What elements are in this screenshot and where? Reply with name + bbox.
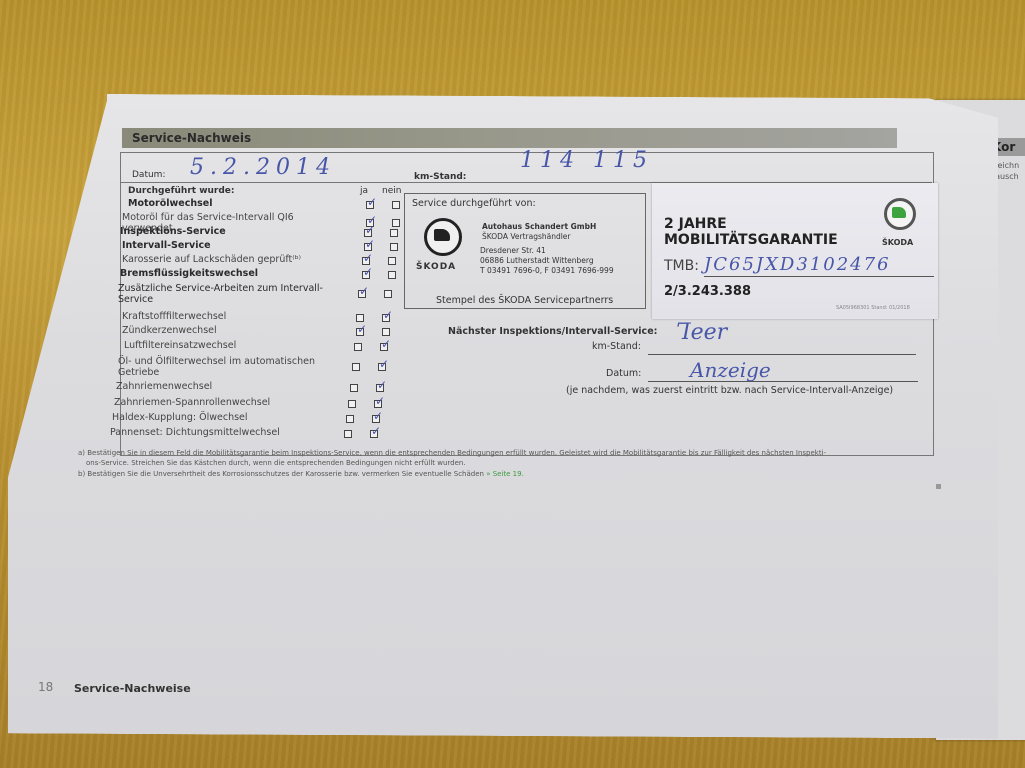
- handwritten-check-icon: ✓: [365, 239, 375, 249]
- handwritten-check-icon: ✓: [371, 426, 381, 436]
- checklist-item-label: Zündkerzenwechsel: [122, 325, 217, 336]
- sticker-code: SA05I968301 Stand: 01/2018: [836, 305, 910, 311]
- checkbox-nein[interactable]: [392, 219, 400, 227]
- checklist-item-label: Inspektions-Service: [120, 226, 226, 237]
- dealer-city: 06886 Lutherstadt Wittenberg: [480, 256, 594, 265]
- next-datum-value[interactable]: Anzeige: [690, 358, 771, 382]
- tmb-value[interactable]: JC65JXD3102476: [704, 254, 891, 275]
- datum-label: Datum:: [132, 170, 165, 180]
- handwritten-check-icon: ✓: [375, 396, 385, 406]
- handwritten-check-icon: ✓: [381, 339, 391, 349]
- skoda-logo-icon: [424, 218, 462, 256]
- section-title: Service-Nachweis: [132, 131, 251, 145]
- handwritten-check-icon: ✓: [359, 286, 369, 296]
- handwritten-check-icon: ✓: [363, 267, 373, 277]
- checklist-item-label: Karosserie auf Lackschäden geprüft⁽ᵇ⁾: [122, 254, 301, 265]
- col-no-header: nein: [382, 186, 401, 196]
- handwritten-check-icon: ✓: [365, 225, 375, 235]
- handwritten-check-icon: ✓: [357, 324, 367, 334]
- end-marker: [936, 484, 941, 489]
- next-service-note: (je nachdem, was zuerst eintritt bzw. na…: [566, 385, 893, 396]
- next-km-label: km-Stand:: [592, 341, 641, 352]
- checkbox-nein[interactable]: [384, 290, 392, 298]
- skoda-green-logo-icon: [884, 198, 916, 230]
- checklist-item-label: Intervall-Service: [122, 240, 211, 251]
- dealer-name: Autohaus Schandert GmbH: [482, 222, 596, 231]
- page-19-link[interactable]: » Seite 19.: [486, 470, 524, 478]
- km-label: km-Stand:: [414, 172, 466, 182]
- checkbox-ja[interactable]: [354, 343, 362, 351]
- checkbox-nein[interactable]: [392, 201, 400, 209]
- next-service-title: Nächster Inspektions/Intervall-Service:: [448, 326, 657, 337]
- checkbox-ja[interactable]: [350, 384, 358, 392]
- checkbox-ja[interactable]: [348, 400, 356, 408]
- checkbox-nein[interactable]: [388, 271, 396, 279]
- next-km-value[interactable]: Ꞁeer: [676, 320, 727, 345]
- footnote-a-line2: ons-Service. Streichen Sie das Kästchen …: [86, 459, 466, 467]
- sticker-title-line2: MOBILITÄTSGARANTIE: [664, 232, 838, 248]
- handwritten-check-icon: ✓: [377, 380, 387, 390]
- checkbox-ja[interactable]: [356, 314, 364, 322]
- checklist-item-label: Haldex-Kupplung: Ölwechsel: [112, 412, 248, 423]
- page-footer-title: Service-Nachweise: [74, 682, 191, 695]
- checkbox-nein[interactable]: [390, 229, 398, 237]
- performed-label: Durchgeführt wurde:: [128, 186, 235, 196]
- checklist-item-label: Zusätzliche Service-Arbeiten zum Interva…: [118, 283, 333, 305]
- km-value[interactable]: 114 115: [520, 148, 653, 173]
- checklist-item-label: Zahnriemenwechsel: [116, 381, 212, 392]
- sticker-title-line1: 2 JAHRE: [664, 216, 727, 232]
- sticker-brand: ŠKODA: [882, 238, 913, 247]
- handwritten-check-icon: ✓: [383, 310, 393, 320]
- checklist-item-label: Bremsflüssigkeitswechsel: [120, 268, 258, 279]
- checklist-item-label: Luftfiltereinsatzwechsel: [124, 340, 236, 351]
- tmb-underline: [704, 276, 934, 277]
- sticker-number: 2/3.243.388: [664, 284, 751, 299]
- checkbox-ja[interactable]: [344, 430, 352, 438]
- checklist-item-label: Pannenset: Dichtungsmittelwechsel: [110, 427, 280, 438]
- checkbox-ja[interactable]: [346, 415, 354, 423]
- checkbox-nein[interactable]: [388, 257, 396, 265]
- checklist-item-label: Kraftstofffilterwechsel: [122, 311, 226, 322]
- dealer-type: ŠKODA Vertragshändler: [482, 232, 571, 241]
- dealer-street: Dresdener Str. 41: [480, 246, 546, 255]
- tmb-label: TMB:: [664, 258, 699, 274]
- datum-value[interactable]: 5.2.2014: [190, 155, 336, 180]
- footnote-b: b) Bestätigen Sie die Unversehrtheit des…: [78, 470, 524, 478]
- handwritten-check-icon: ✓: [379, 359, 389, 369]
- stamp-footer: Stempel des ŠKODA Servicepartnerrs: [436, 295, 613, 306]
- handwritten-check-icon: ✓: [367, 197, 377, 207]
- checklist-item-label: Motorölwechsel: [128, 198, 212, 209]
- footnote-a-line1: a) Bestätigen Sie in diesem Feld die Mob…: [78, 449, 826, 457]
- stamp-header: Service durchgeführt von:: [412, 198, 536, 209]
- stamp-brand: ŠKODA: [416, 262, 456, 272]
- next-datum-line: [648, 381, 918, 382]
- checkbox-ja[interactable]: [352, 363, 360, 371]
- checkbox-nein[interactable]: [390, 243, 398, 251]
- checkbox-nein[interactable]: [382, 328, 390, 336]
- next-datum-label: Datum:: [606, 368, 641, 379]
- page-number: 18: [38, 680, 53, 694]
- handwritten-check-icon: ✓: [363, 253, 373, 263]
- checklist-item-label: Öl- und Ölfilterwechsel im automatischen…: [118, 356, 333, 378]
- handwritten-check-icon: ✓: [373, 411, 383, 421]
- next-km-line: [648, 354, 916, 355]
- dealer-phone: T 03491 7696-0, F 03491 7696-999: [480, 266, 614, 275]
- checklist-item-label: Zahnriemen-Spannrollenwechsel: [114, 397, 270, 408]
